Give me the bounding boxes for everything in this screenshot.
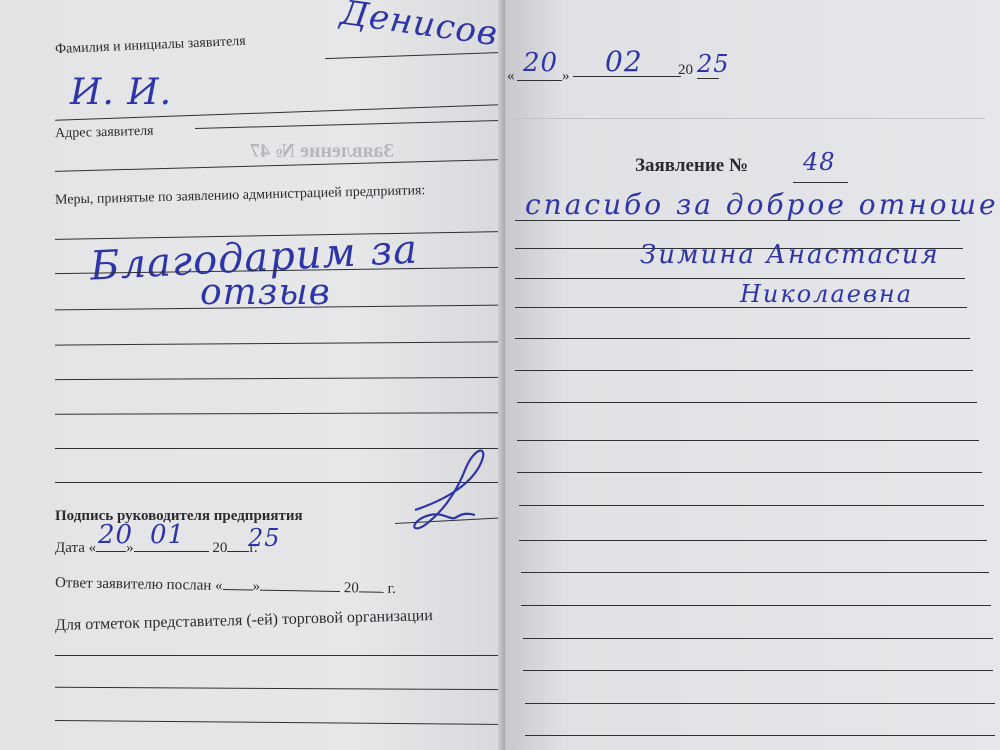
form-line	[519, 540, 987, 541]
right-date-month-handwritten: 02	[605, 45, 643, 78]
applicant-address-line[interactable]	[195, 120, 500, 129]
form-line	[523, 638, 993, 639]
right-date-open-quote: «	[507, 68, 515, 85]
applicant-initials-handwritten[interactable]: И. И.	[70, 72, 172, 113]
org-notes-label: Для отметок представителя (-ей) торговой…	[55, 607, 433, 635]
form-line	[515, 220, 960, 221]
form-line	[525, 735, 995, 736]
reply-year-field[interactable]	[359, 591, 384, 592]
form-line	[515, 370, 973, 371]
applicant-name-label: Фамилия и инициалы заявителя	[55, 34, 246, 58]
bleed-through-text: Заявление № 47	[250, 140, 394, 163]
applicant-address-label: Адрес заявителя	[55, 124, 154, 143]
applicant-name-line	[325, 52, 505, 60]
reply-close-quote: »	[252, 578, 260, 594]
form-line	[515, 118, 985, 119]
right-date-year-handwritten: 25	[697, 50, 730, 78]
statement-number-line	[793, 182, 848, 183]
date-label-text: Дата «	[55, 540, 96, 556]
date-century: 20	[212, 540, 227, 556]
form-line	[517, 402, 977, 403]
reply-century: 20	[344, 580, 359, 596]
manager-signature	[395, 440, 512, 535]
form-line	[55, 687, 512, 691]
measures-label: Меры, принятые по заявлению администраци…	[55, 183, 426, 209]
form-line	[55, 377, 505, 381]
form-line	[515, 338, 970, 339]
signer-name-line2[interactable]: Николаевна	[740, 280, 913, 308]
form-line	[55, 341, 503, 346]
form-line	[55, 412, 507, 415]
right-date-day-handwritten: 20	[523, 48, 558, 78]
date-year-handwritten: 25	[248, 524, 281, 552]
form-line	[521, 572, 989, 573]
date-day-field[interactable]	[96, 551, 126, 552]
form-line	[515, 307, 967, 308]
reply-month-field[interactable]	[260, 590, 340, 592]
form-line	[517, 440, 979, 441]
form-line	[519, 505, 984, 506]
right-date-year-line[interactable]	[697, 78, 719, 79]
date-year-field[interactable]	[227, 551, 249, 552]
date-month-field[interactable]	[134, 551, 209, 552]
statement-number-handwritten: 48	[803, 148, 836, 176]
reply-sent-label: Ответ заявителю послан «» 20 г.	[55, 575, 396, 598]
reply-sent-label-text: Ответ заявителю послан «	[55, 575, 223, 594]
applicant-surname-handwritten[interactable]: Денисова	[338, 0, 512, 57]
right-date-close-quote: »	[562, 68, 570, 85]
form-line	[521, 605, 991, 606]
right-date-day-line[interactable]	[517, 80, 562, 81]
form-line	[525, 703, 995, 704]
right-date-century: 20	[678, 62, 693, 79]
reply-suffix: г.	[387, 581, 395, 597]
form-line	[55, 720, 512, 725]
right-page: « » 20 20 02 25 Заявление № 48 спасибо з…	[505, 0, 1000, 750]
statement-text-handwritten[interactable]: спасибо за доброе отношение.	[525, 188, 1000, 221]
reply-day-field[interactable]	[223, 589, 253, 591]
date-month-handwritten: 01	[150, 520, 185, 550]
date-day-handwritten: 20	[98, 520, 133, 550]
form-line	[55, 655, 512, 656]
signer-name-line1[interactable]: Зимина Анастасия	[640, 240, 940, 270]
form-line	[517, 472, 982, 473]
form-line	[523, 670, 993, 671]
statement-title: Заявление №	[635, 155, 748, 177]
left-page: Заявление № 47 Фамилия и инициалы заявит…	[0, 0, 512, 750]
